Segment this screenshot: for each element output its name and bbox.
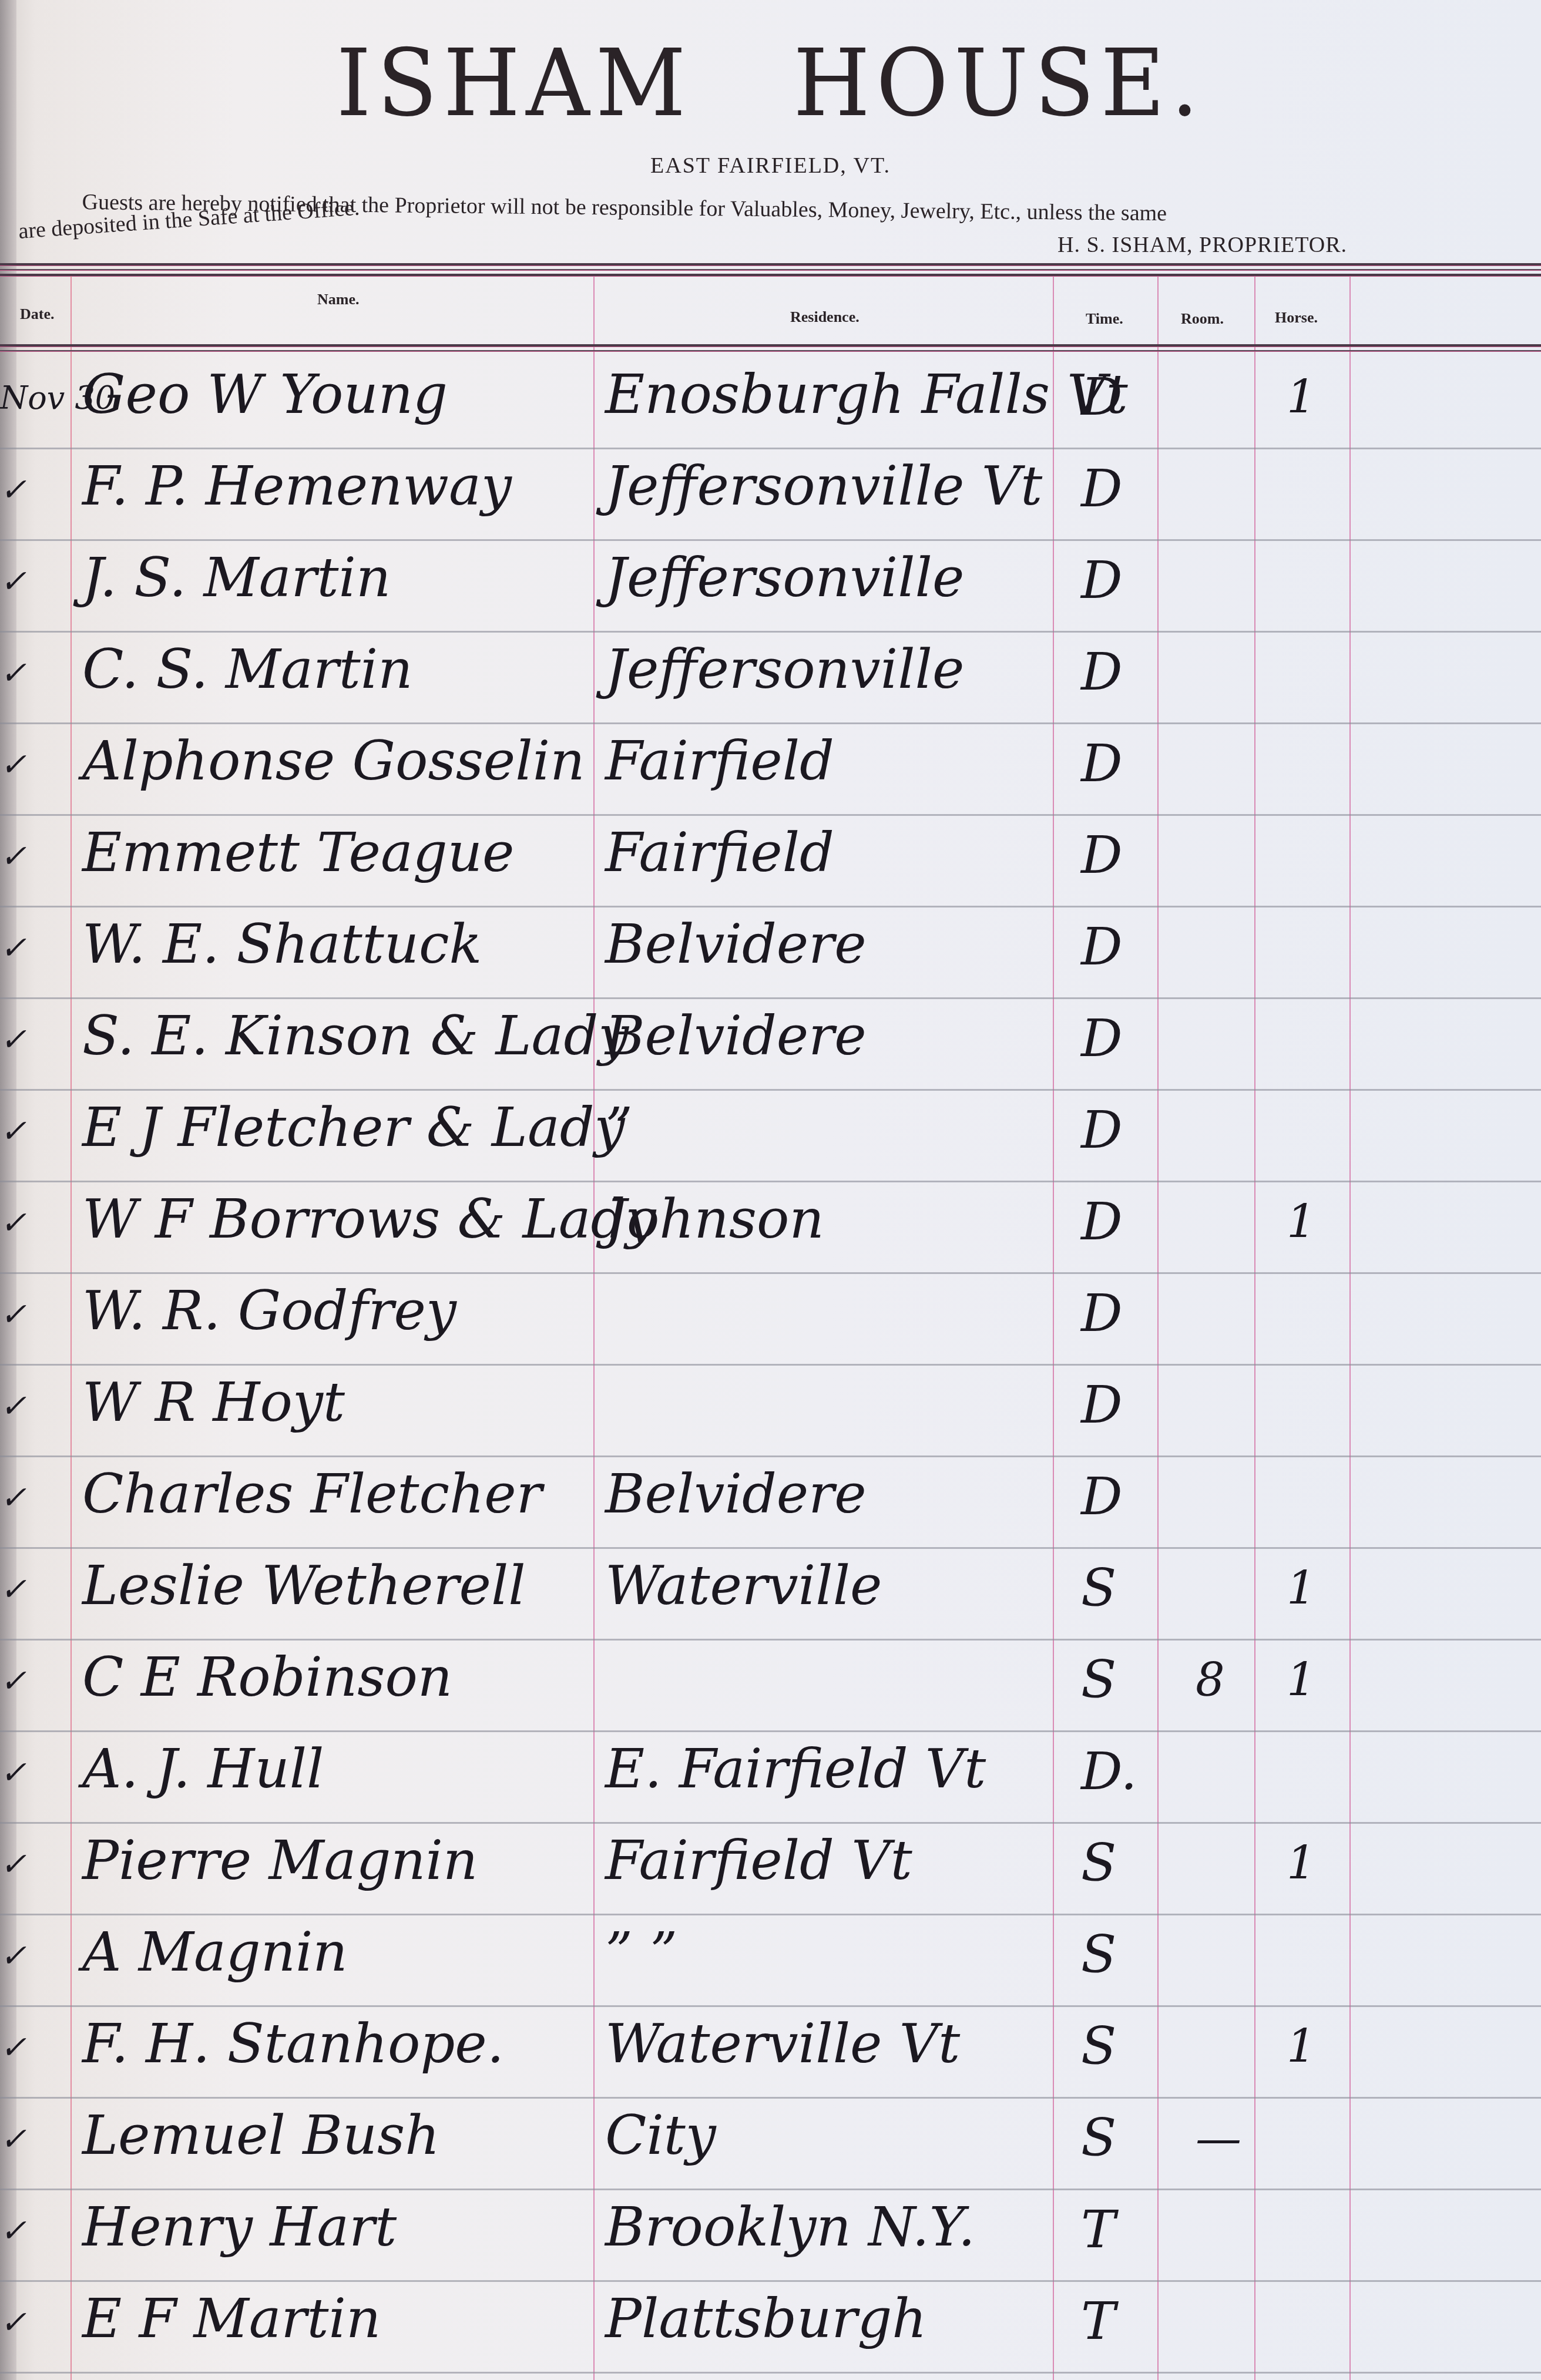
entry-time: D	[1081, 1100, 1123, 1160]
entry-name: Emmett Teague	[82, 821, 514, 884]
entry-name: W R Hoyt	[82, 1371, 345, 1434]
entry-horse: 1	[1287, 1196, 1316, 1249]
entry-time: D	[1081, 367, 1123, 427]
entry-horse: 1	[1287, 2021, 1316, 2073]
entry-date: ✓	[0, 471, 70, 508]
entry-residence: Jeffersonville Vt	[605, 455, 1042, 517]
entry-name: W F Borrows & Lady	[82, 1188, 656, 1250]
location-subtitle: EAST FAIRFIELD, VT.	[0, 153, 1541, 179]
entry-date: ✓	[0, 1479, 70, 1516]
entry-time: D	[1081, 1008, 1123, 1068]
guest-entry-row: ✓ Pierre Magnin Fairfield Vt S 1	[0, 1822, 1541, 1914]
entry-residence: Jeffersonville	[605, 638, 964, 701]
header-rule-top	[0, 263, 1541, 280]
entry-date: ✓	[0, 838, 70, 875]
entry-residence: Enosburgh Falls Vt	[605, 363, 1128, 426]
entry-time: S	[1081, 1833, 1116, 1893]
entry-time: D	[1081, 825, 1123, 885]
entry-horse: 1	[1287, 371, 1316, 424]
guest-entry-row: ✓ Leslie Wetherell Waterville S 1	[0, 1547, 1541, 1639]
entry-name: Geo W Young	[82, 363, 448, 426]
entry-room: 8	[1196, 1654, 1225, 1707]
entry-date: ✓	[0, 1571, 70, 1608]
entry-time: D	[1081, 1374, 1123, 1435]
guest-entry-row: ✓ Charles Fletcher Belvidere D	[0, 1455, 1541, 1547]
entry-name: W. R. Godfrey	[82, 1279, 456, 1342]
entry-horse: 1	[1287, 1837, 1316, 1890]
entry-time: S	[1081, 2107, 1116, 2168]
guest-entry-row: ✓ Lemuel Bush City S —	[0, 2097, 1541, 2189]
guest-entry-row: ✓ Henry Hart Brooklyn N.Y. T	[0, 2189, 1541, 2280]
entry-date: ✓	[0, 2120, 70, 2157]
entry-time: T	[1081, 2199, 1116, 2260]
entry-name: Charles Fletcher	[82, 1463, 542, 1525]
guest-entry-row: ✓ W F Borrows & Lady Johnson D 1	[0, 1181, 1541, 1272]
entry-name: J. S. Martin	[82, 546, 391, 609]
entry-time: D	[1081, 1191, 1123, 1252]
guest-entry-row: ✓ E F Martin Plattsburgh T	[0, 2280, 1541, 2372]
entry-time: D	[1081, 733, 1123, 794]
entry-time: D	[1081, 916, 1123, 977]
entry-date: ✓	[0, 654, 70, 691]
ledger-line	[0, 2372, 1541, 2374]
entry-name: Lemuel Bush	[82, 2104, 439, 2167]
guest-entry-row: ✓ Alphonse Gosselin Fairfield D	[0, 722, 1541, 814]
entry-residence: Waterville Vt	[605, 2012, 960, 2075]
entry-residence: Jeffersonville	[605, 546, 964, 609]
entry-name: C E Robinson	[82, 1646, 452, 1709]
guest-entry-row: ✓ W. R. Godfrey D	[0, 1272, 1541, 1364]
entry-date: ✓	[0, 1845, 70, 1883]
entry-date: ✓	[0, 1754, 70, 1791]
entry-name: Pierre Magnin	[82, 1829, 478, 1892]
guest-entry-row: ✓ F. P. Hemenway Jeffersonville Vt D	[0, 448, 1541, 539]
entry-date: ✓	[0, 929, 70, 966]
entry-date: ✓	[0, 1296, 70, 1333]
entry-name: F. P. Hemenway	[82, 455, 512, 517]
entry-time: D.	[1081, 1741, 1137, 1801]
entry-residence: Plattsburgh	[605, 2287, 927, 2350]
entry-name: A Magnin	[82, 1921, 348, 1984]
entry-residence: Belvidere	[605, 1004, 867, 1067]
guest-entry-row: Nov 30 Geo W Young Enosburgh Falls Vt D …	[0, 356, 1541, 448]
entry-residence: Fairfield Vt	[605, 1829, 912, 1892]
column-header-date: Date.	[20, 305, 54, 323]
entry-name: Henry Hart	[82, 2196, 397, 2258]
guest-entry-row: ✓ A. J. Hull E. Fairfield Vt D.	[0, 1730, 1541, 1822]
entry-name: Leslie Wetherell	[82, 1554, 526, 1617]
entry-date: ✓	[0, 2029, 70, 2066]
entry-date: ✓	[0, 1937, 70, 1974]
entry-time: D	[1081, 641, 1123, 702]
entry-time: T	[1081, 2291, 1116, 2351]
entry-residence: Waterville	[605, 1554, 882, 1617]
entry-time: D	[1081, 1466, 1123, 1527]
entry-date: ✓	[0, 2212, 70, 2249]
entry-residence: City	[605, 2104, 716, 2167]
entry-time: S	[1081, 1924, 1116, 1985]
entry-name: E J Fletcher & Lady	[82, 1096, 625, 1159]
entry-name: S. E. Kinson & Lady	[82, 1004, 629, 1067]
entry-residence: E. Fairfield Vt	[605, 1737, 986, 1800]
entry-name: E F Martin	[82, 2287, 381, 2350]
guest-entry-row: ✓ C. S. Martin Jeffersonville D	[0, 631, 1541, 722]
guest-entry-row: ✓ A Magnin ” ” S	[0, 1914, 1541, 2005]
entry-date: ✓	[0, 2304, 70, 2341]
entry-time: S	[1081, 1558, 1116, 1618]
entry-name: Alphonse Gosselin	[82, 730, 585, 792]
guest-entry-row: ✓ W R Hoyt D	[0, 1364, 1541, 1455]
entry-time: D	[1081, 550, 1123, 610]
guest-entry-row: ✓ C E Robinson S 8 1	[0, 1639, 1541, 1730]
entry-time: D	[1081, 458, 1123, 519]
entry-residence: Johnson	[605, 1188, 824, 1250]
entry-name: A. J. Hull	[82, 1737, 324, 1800]
entry-residence: Belvidere	[605, 1463, 867, 1525]
header-rule-bottom	[0, 344, 1541, 355]
entry-name: C. S. Martin	[82, 638, 413, 701]
entry-time: S	[1081, 2016, 1116, 2076]
proprietor-signature: H. S. ISHAM, PROPRIETOR.	[1057, 232, 1347, 258]
guest-entry-row: ✓ W. E. Shattuck Belvidere D	[0, 906, 1541, 997]
column-header-time: Time.	[1086, 310, 1123, 328]
entry-horse: 1	[1287, 1562, 1316, 1615]
entry-residence: Brooklyn N.Y.	[605, 2196, 975, 2258]
title-house: HOUSE.	[793, 30, 1204, 137]
guest-entry-row: ✓ F. H. Stanhope. Waterville Vt S 1	[0, 2005, 1541, 2097]
guest-entry-row: ✓ S. E. Kinson & Lady Belvidere D	[0, 997, 1541, 1089]
entry-date: ✓	[0, 563, 70, 600]
entry-horse: 1	[1287, 1654, 1316, 1707]
entry-date: ✓	[0, 1662, 70, 1699]
entry-date: ✓	[0, 1021, 70, 1058]
column-header-room: Room.	[1181, 310, 1224, 328]
guest-entry-row: ✓ Emmett Teague Fairfield D	[0, 814, 1541, 906]
entry-residence: Belvidere	[605, 913, 867, 976]
column-header-name: Name.	[317, 291, 359, 308]
entry-date: ✓	[0, 1387, 70, 1424]
entry-room: —	[1196, 2112, 1241, 2165]
column-header-residence: Residence.	[790, 308, 860, 326]
entry-time: D	[1081, 1283, 1123, 1343]
entry-residence: ” ”	[605, 1921, 677, 1984]
entry-date: Nov 30	[0, 379, 70, 416]
entry-time: S	[1081, 1649, 1116, 1710]
entry-name: W. E. Shattuck	[82, 913, 482, 976]
guest-entry-row: ✓ E J Fletcher & Lady ” D	[0, 1089, 1541, 1181]
page-title: ISHAM HOUSE.	[0, 30, 1541, 137]
entry-name: F. H. Stanhope.	[82, 2012, 504, 2075]
entry-residence: ”	[605, 1096, 633, 1159]
register-page: ISHAM HOUSE. EAST FAIRFIELD, VT. Guests …	[0, 0, 1541, 2380]
entry-date: ✓	[0, 1204, 70, 1241]
title-isham: ISHAM	[337, 30, 692, 137]
entry-residence: Fairfield	[605, 730, 834, 792]
entry-date: ✓	[0, 746, 70, 783]
column-header-horse: Horse.	[1275, 309, 1318, 327]
guest-entry-row: ✓ J. S. Martin Jeffersonville D	[0, 539, 1541, 631]
entry-date: ✓	[0, 1112, 70, 1149]
entry-residence: Fairfield	[605, 821, 834, 884]
